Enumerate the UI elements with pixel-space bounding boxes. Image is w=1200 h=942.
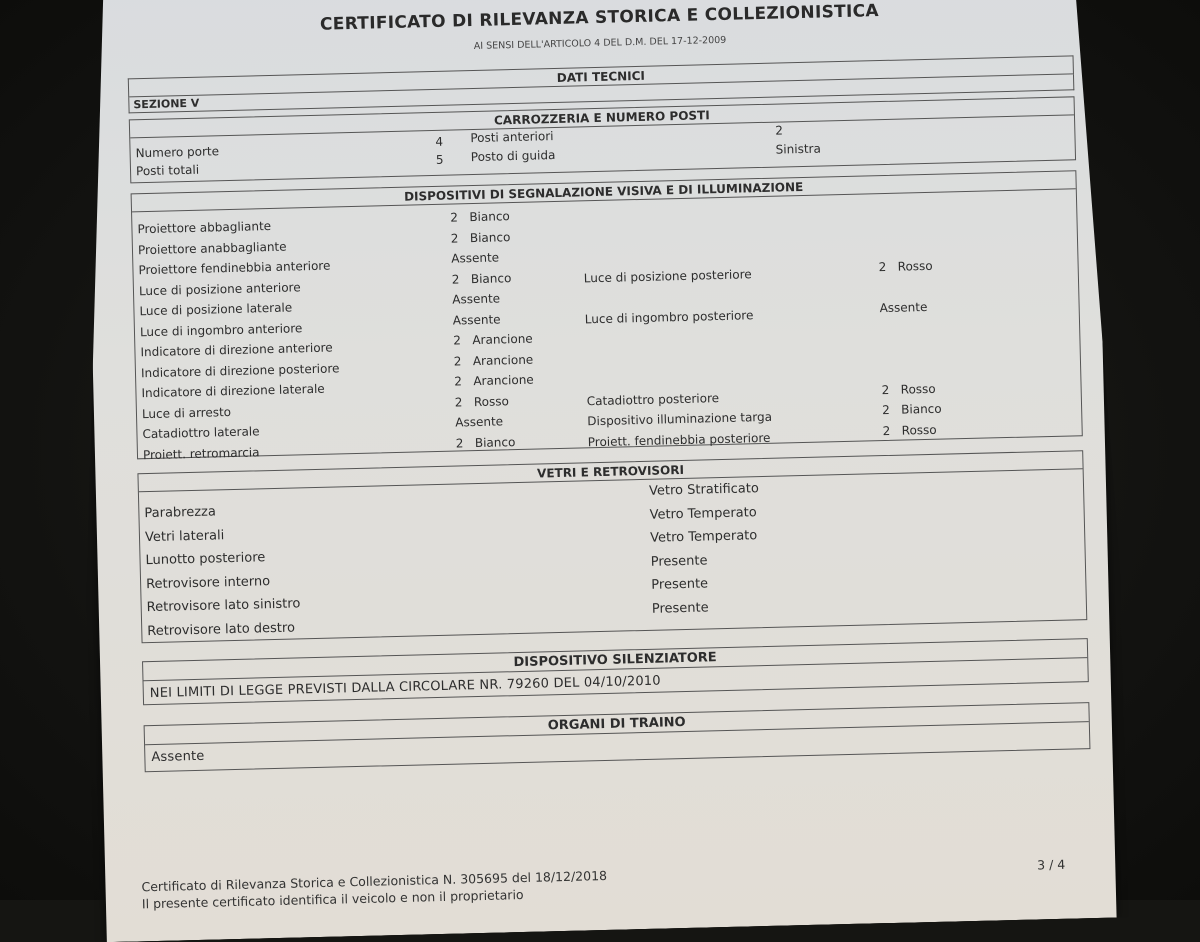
field-label: Posti totali [136,163,199,179]
dispositivi-grid: Proiettore abbagliante2 BiancoProiettore… [132,189,1082,458]
light-device-label: Luce di ingombro anteriore [140,321,303,339]
light-device-value: 2 Rosso [882,422,936,437]
glass-mirror-label: Retrovisore lato destro [147,620,295,639]
dispositivi-box: DISPOSITIVI DI SEGNALAZIONE VISIVA E DI … [131,170,1083,459]
light-device-label: Dispositivo illuminazione targa [587,410,772,429]
page-footer: Certificato di Rilevanza Storica e Colle… [141,857,1066,900]
light-device-value: Assente [453,312,501,327]
field-label: Numero porte [135,144,219,160]
silenziatore-box: DISPOSITIVO SILENZIATORE NEI LIMITI DI L… [142,638,1089,705]
glass-mirror-label: Parabrezza [144,504,216,521]
light-device-value: Assente [452,291,500,306]
glass-mirror-value: Vetro Temperato [650,528,757,546]
light-device-label: Luce di arresto [142,405,231,421]
field-value: 2 [775,123,783,137]
light-device-value: 2 Rosso [878,258,932,273]
light-device-label: Luce di posizione posteriore [584,267,752,285]
light-device-label: Catadiottro posteriore [587,391,720,408]
light-device-label: Proiettore fendinebbia anteriore [138,259,330,278]
light-device-value: 2 Arancione [454,373,534,389]
light-device-value: 2 Bianco [882,402,942,417]
glass-mirror-label: Vetri laterali [145,528,225,545]
light-device-value: 2 Rosso [455,394,509,409]
light-device-value: 2 Bianco [450,209,510,224]
glass-mirror-value: Vetro Stratificato [649,481,759,499]
glass-mirror-label: Lunotto posteriore [145,550,265,568]
light-device-label: Luce di ingombro posteriore [585,308,754,326]
light-device-label: Luce di posizione anteriore [139,280,301,298]
glass-mirror-value: Presente [651,553,708,569]
glass-mirror-value: Vetro Temperato [649,505,756,523]
light-device-value: 2 Rosso [881,381,935,396]
vetri-grid: ParabrezzaVetro StratificatoVetri latera… [139,469,1086,642]
light-device-label: Indicatore di direzione posteriore [141,361,340,380]
field-value: 4 [435,135,443,149]
light-device-value: 2 Arancione [453,332,533,348]
vetri-box: VETRI E RETROVISORI ParabrezzaVetro Stra… [137,450,1087,643]
glass-mirror-value: Presente [651,576,708,592]
light-device-value: Assente [879,299,927,314]
field-value: 5 [436,153,444,167]
light-device-value: Assente [455,414,503,429]
field-value: Sinistra [776,142,821,157]
page-number: 3 / 4 [1037,857,1065,873]
light-device-label: Proiettore abbagliante [137,219,271,236]
light-device-value: 2 Bianco [452,271,512,286]
light-device-label: Proiettore anabbagliante [138,239,287,257]
traino-box: ORGANI DI TRAINO Assente [144,702,1091,772]
light-device-label: Indicatore di direzione anteriore [140,341,333,360]
light-device-label: Proiett. fendinebbia posteriore [588,430,771,448]
light-device-label: Catadiottro laterale [142,424,259,441]
light-device-value: 2 Bianco [456,435,516,450]
light-device-value: Assente [451,250,499,265]
glass-mirror-label: Retrovisore interno [146,574,270,592]
light-device-label: Proiett. retromarcia [143,445,260,462]
certificate-page: CERTIFICATO DI RILEVANZA STORICA E COLLE… [83,0,1116,900]
light-device-label: Indicatore di direzione laterale [141,382,325,400]
glass-mirror-value: Presente [652,600,709,616]
field-label: Posto di guida [471,148,556,164]
glass-mirror-label: Retrovisore lato sinistro [147,596,301,615]
field-label: Posti anteriori [470,129,554,145]
light-device-value: 2 Arancione [454,352,534,368]
light-device-value: 2 Bianco [451,230,511,245]
light-device-label: Luce di posizione laterale [139,300,292,318]
